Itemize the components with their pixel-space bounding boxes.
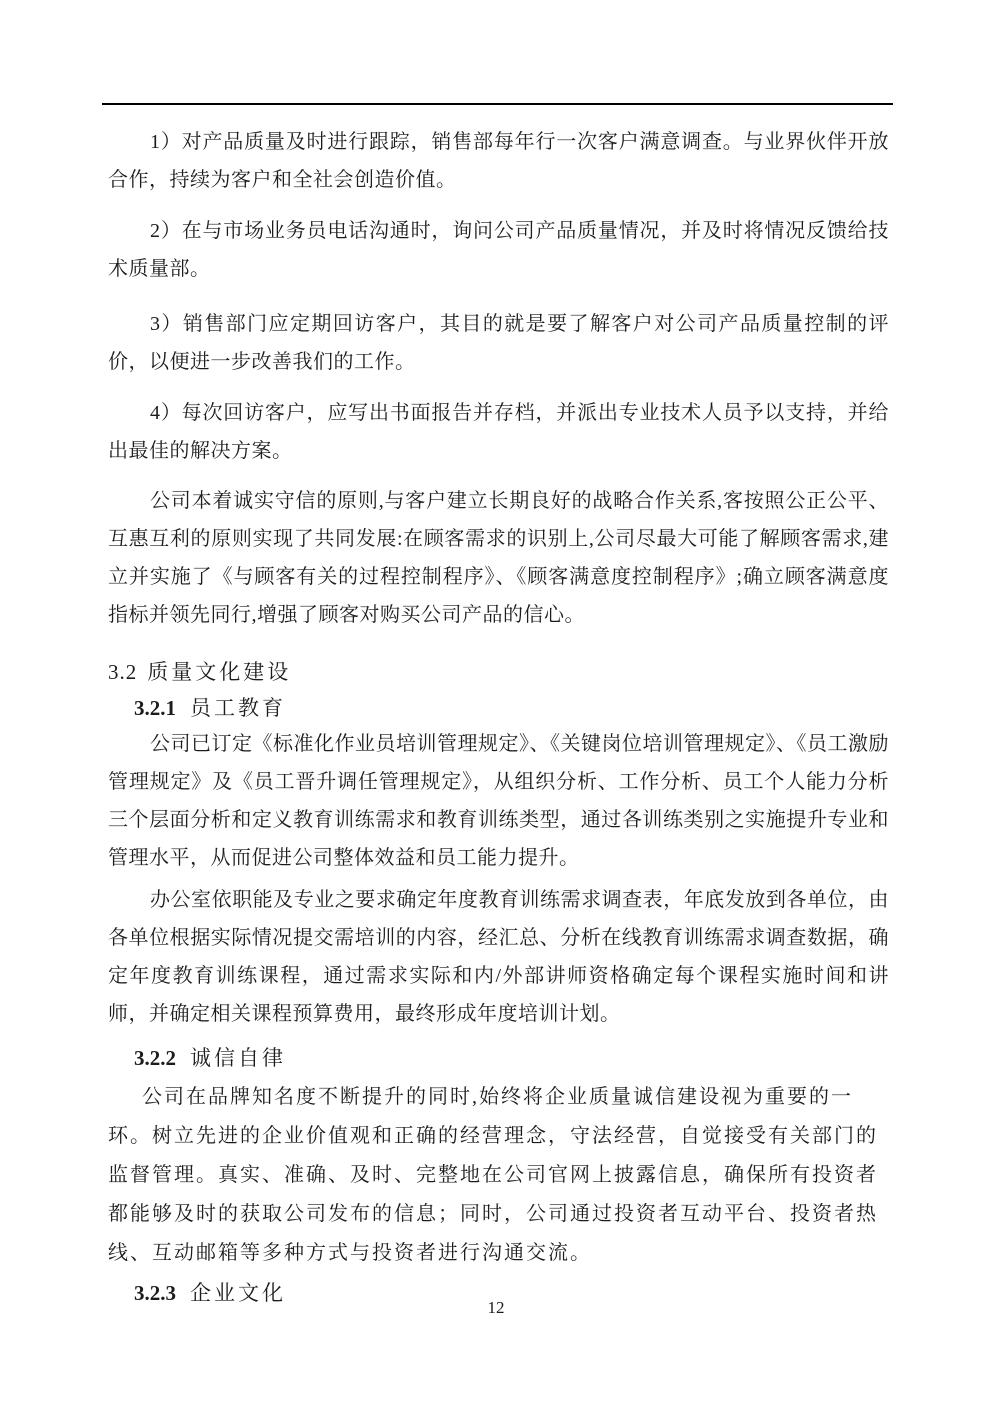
subsection-number: 3.2.1: [134, 696, 176, 720]
list-item-product-tracking: 1）对产品质量及时进行跟踪，销售部每年行一次客户满意调查。与业界伙伴开放合作，持…: [108, 123, 889, 199]
section-heading-3-2: 3.2质量文化建设: [108, 655, 889, 689]
page-number: 12: [0, 1298, 992, 1318]
paragraph-integrity-self-discipline: 公司在品牌知名度不断提升的同时,始终将企业质量诚信建设视为重要的一环。树立先进的…: [108, 1078, 889, 1273]
section-title: 质量文化建设: [147, 660, 291, 684]
subsection-title: 诚信自律: [190, 1046, 286, 1070]
paragraph-training-needs-survey: 办公室依职能及专业之要求确定年度教育训练需求调查表，年底发放到各单位，由各单位根…: [108, 881, 889, 1033]
subsection-title: 员工教育: [190, 696, 286, 720]
header-rule: [102, 103, 893, 105]
subsection-heading-3-2-1: 3.2.1员工教育: [108, 691, 889, 725]
subsection-number: 3.2.2: [134, 1046, 176, 1070]
paragraph-training-regulations: 公司已订定《标准化作业员培训管理规定》、《关键岗位培训管理规定》、《员工激励管理…: [108, 725, 889, 877]
section-number: 3.2: [108, 660, 137, 684]
paragraph-customer-relations: 公司本着诚实守信的原则,与客户建立长期良好的战略合作关系,客按照公正公平、互惠互…: [108, 482, 889, 634]
list-item-phone-feedback: 2）在与市场业务员电话沟通时，询问公司产品质量情况，并及时将情况反馈给技术质量部…: [108, 212, 889, 288]
document-page: 1）对产品质量及时进行跟踪，销售部每年行一次客户满意调查。与业界伙伴开放合作，持…: [0, 0, 992, 1403]
list-item-customer-revisit: 3）销售部门应定期回访客户，其目的就是要了解客户对公司产品质量控制的评价，以便进…: [108, 305, 889, 381]
list-item-written-report: 4）每次回访客户，应写出书面报告并存档，并派出专业技术人员予以支持，并给出最佳的…: [108, 394, 889, 470]
subsection-heading-3-2-2: 3.2.2诚信自律: [108, 1041, 889, 1075]
document-body: 1）对产品质量及时进行跟踪，销售部每年行一次客户满意调查。与业界伙伴开放合作，持…: [108, 123, 889, 1310]
